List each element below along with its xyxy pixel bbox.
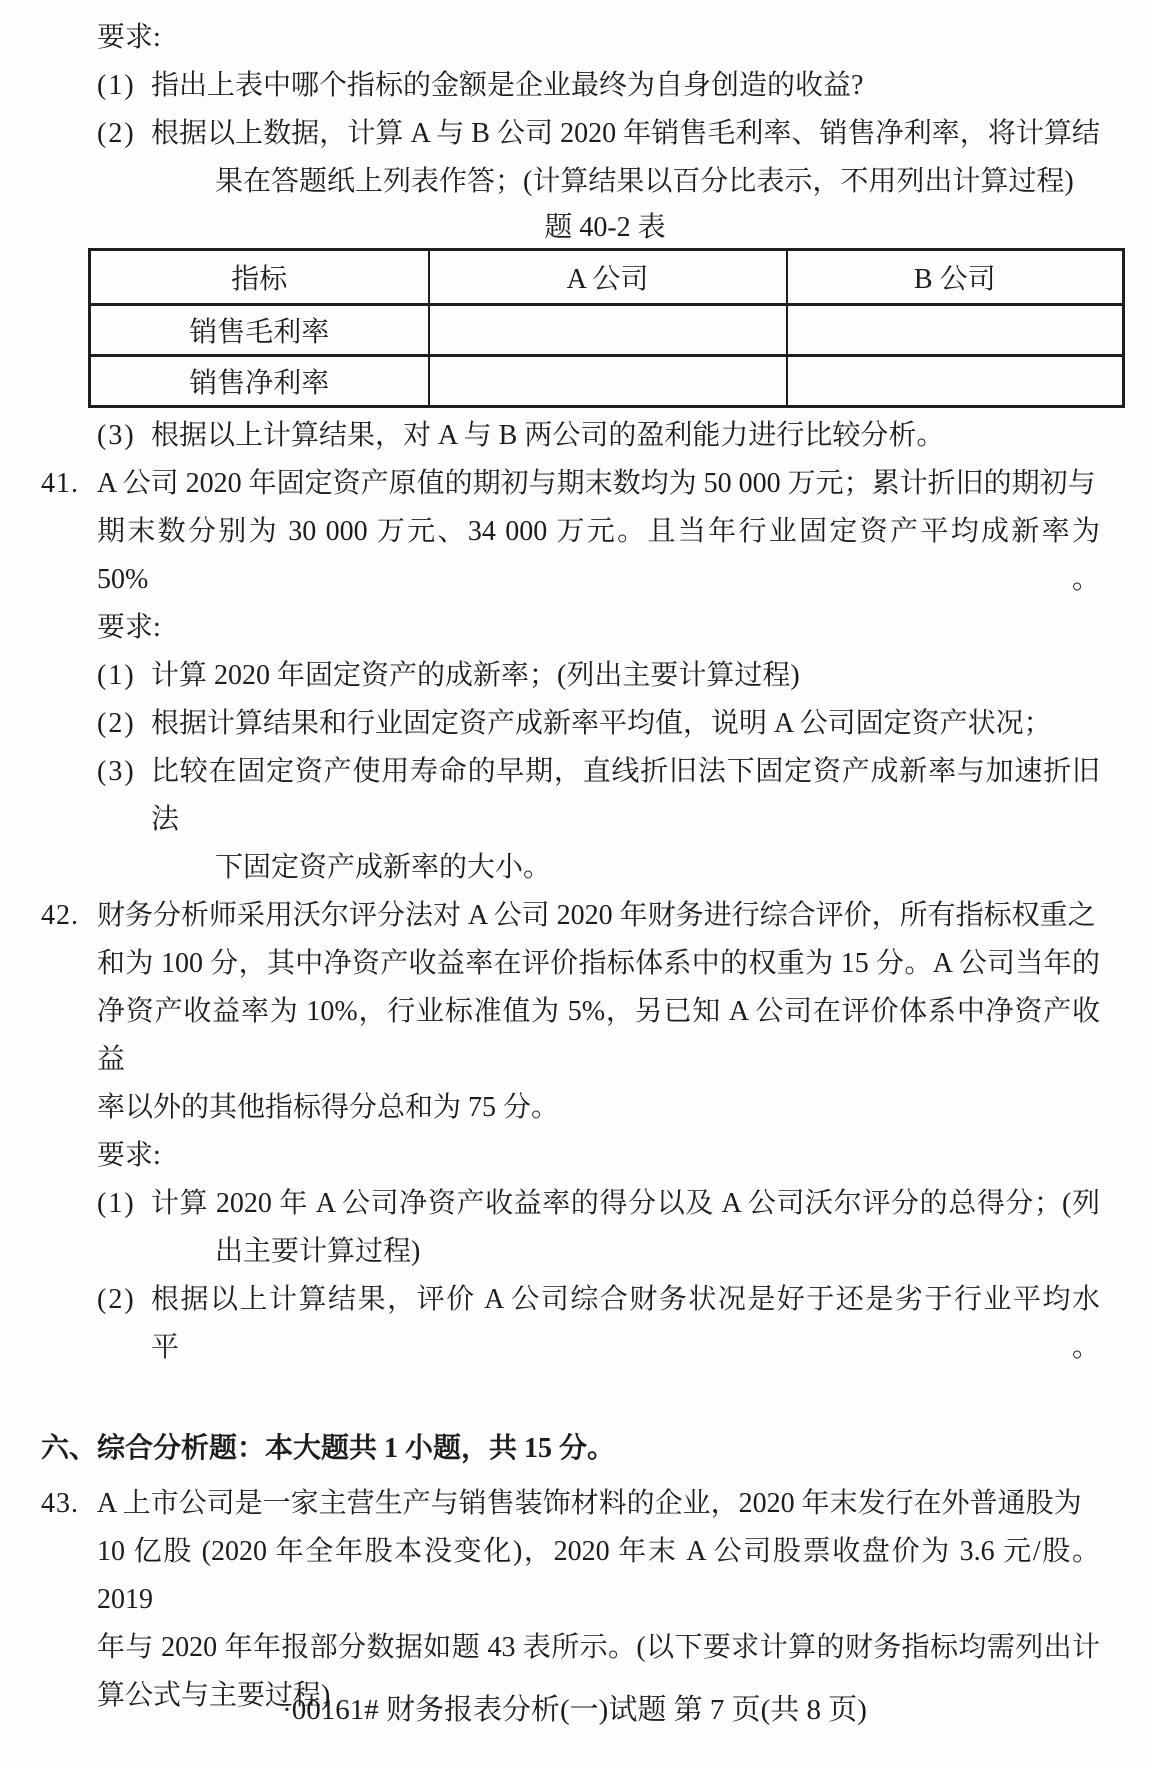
- q41-item-3: (3) 比较在固定资产使用寿命的早期，直线折旧法下固定资产成新率与加速折旧法: [41, 748, 1100, 844]
- question-number: 43.: [41, 1480, 97, 1528]
- table-title: 题 40-2 表: [88, 208, 1122, 248]
- question-text: A 公司 2020 年固定资产原值的期初与期末数均为 50 000 万元；累计折…: [97, 460, 1096, 508]
- q43-intro-line-1: 43. A 上市公司是一家主营生产与销售装饰材料的企业，2020 年末发行在外普…: [41, 1480, 1100, 1528]
- table-row: 销售净利率: [90, 356, 1124, 407]
- col-header-company-b: B 公司: [787, 250, 1124, 305]
- table-row: 销售毛利率: [90, 305, 1124, 356]
- item-number: (2): [97, 110, 151, 158]
- item-text: 根据以上数据，计算 A 与 B 公司 2020 年销售毛利率、销售净利率，将计算…: [151, 110, 1100, 158]
- item-number: (2): [97, 700, 151, 748]
- q41-item-2: (2) 根据计算结果和行业固定资产成新率平均值，说明 A 公司固定资产状况；: [41, 700, 1100, 748]
- q40-item-2-continuation: 果在答题纸上列表作答；(计算结果以百分比表示，不用列出计算过程): [41, 158, 1100, 206]
- item-text: 计算 2020 年 A 公司净资产收益率的得分以及 A 公司沃尔评分的总得分；(…: [151, 1180, 1100, 1228]
- q40-item-1: (1) 指出上表中哪个指标的金额是企业最终为自身创造的收益?: [41, 62, 1100, 110]
- question-text: 财务分析师采用沃尔评分法对 A 公司 2020 年财务进行综合评价，所有指标权重…: [97, 892, 1096, 940]
- question-number: 42.: [41, 892, 97, 940]
- q40-2-table: 指标 A 公司 B 公司 销售毛利率 销售净利率: [88, 248, 1125, 408]
- item-text: 指出上表中哪个指标的金额是企业最终为自身创造的收益?: [151, 62, 1100, 110]
- item-number: (2): [97, 1276, 151, 1372]
- q40-item-2: (2) 根据以上数据，计算 A 与 B 公司 2020 年销售毛利率、销售净利率…: [41, 110, 1100, 158]
- item-number: (1): [97, 1180, 151, 1228]
- section-6-heading: 六、综合分析题：本大题共 1 小题，共 15 分。: [41, 1425, 1100, 1473]
- q42-item-1-continuation: 出主要计算过程): [41, 1228, 1100, 1276]
- row-label-net-margin: 销售净利率: [90, 356, 429, 407]
- item-number: (3): [97, 748, 151, 844]
- q41-item-1: (1) 计算 2020 年固定资产的成新率；(列出主要计算过程): [41, 652, 1100, 700]
- row-label-gross-margin: 销售毛利率: [90, 305, 429, 356]
- item-text: 根据以上计算结果，对 A 与 B 两公司的盈利能力进行比较分析。: [151, 412, 1100, 460]
- exam-page: 要求: (1) 指出上表中哪个指标的金额是企业最终为自身创造的收益? (2) 根…: [0, 0, 1149, 1768]
- q42-item-1: (1) 计算 2020 年 A 公司净资产收益率的得分以及 A 公司沃尔评分的总…: [41, 1180, 1100, 1228]
- cell-company-a-gross-margin: [429, 305, 787, 356]
- col-header-company-a: A 公司: [429, 250, 787, 305]
- item-text: 根据以上计算结果，评价 A 公司综合财务状况是好于还是劣于行业平均水平。: [151, 1276, 1100, 1372]
- question-text: A 上市公司是一家主营生产与销售装饰材料的企业，2020 年末发行在外普通股为: [97, 1480, 1082, 1528]
- q42-intro-line-3: 净资产收益率为 10%，行业标准值为 5%，另已知 A 公司在评价体系中净资产收…: [41, 988, 1100, 1084]
- cell-company-a-net-margin: [429, 356, 787, 407]
- cell-company-b-net-margin: [787, 356, 1124, 407]
- q40-require-label: 要求:: [41, 14, 1100, 62]
- item-text: 比较在固定资产使用寿命的早期，直线折旧法下固定资产成新率与加速折旧法: [151, 748, 1100, 844]
- item-text: 根据计算结果和行业固定资产成新率平均值，说明 A 公司固定资产状况；: [151, 700, 1100, 748]
- col-header-indicator: 指标: [90, 250, 429, 305]
- q42-item-2: (2) 根据以上计算结果，评价 A 公司综合财务状况是好于还是劣于行业平均水平。: [41, 1276, 1100, 1372]
- item-number: (1): [97, 652, 151, 700]
- q41-require-label: 要求:: [41, 604, 1100, 652]
- page-footer: ·00161# 财务报表分析(一)试题 第 7 页(共 8 页): [0, 1688, 1149, 1732]
- item-number: (1): [97, 62, 151, 110]
- q41-intro-line-2: 期末数分别为 30 000 万元、34 000 万元。且当年行业固定资产平均成新…: [41, 508, 1100, 604]
- q41-intro-line-1: 41. A 公司 2020 年固定资产原值的期初与期末数均为 50 000 万元…: [41, 460, 1100, 508]
- q43-intro-line-2: 10 亿股 (2020 年全年股本没变化)，2020 年末 A 公司股票收盘价为…: [41, 1528, 1100, 1624]
- q43-intro-line-3: 年与 2020 年年报部分数据如题 43 表所示。(以下要求计算的财务指标均需列…: [41, 1624, 1100, 1672]
- q42-intro-line-2: 和为 100 分，其中净资产收益率在评价指标体系中的权重为 15 分。A 公司当…: [41, 940, 1100, 988]
- q42-intro-line-1: 42. 财务分析师采用沃尔评分法对 A 公司 2020 年财务进行综合评价，所有…: [41, 892, 1100, 940]
- cell-company-b-gross-margin: [787, 305, 1124, 356]
- q42-intro-line-4: 率以外的其他指标得分总和为 75 分。: [41, 1084, 1100, 1132]
- q40-item-3: (3) 根据以上计算结果，对 A 与 B 两公司的盈利能力进行比较分析。: [41, 412, 1100, 460]
- item-text: 计算 2020 年固定资产的成新率；(列出主要计算过程): [151, 652, 1100, 700]
- table-header-row: 指标 A 公司 B 公司: [90, 250, 1124, 305]
- question-number: 41.: [41, 460, 97, 508]
- q41-item-3-continuation: 下固定资产成新率的大小。: [41, 844, 1100, 892]
- item-number: (3): [97, 412, 151, 460]
- exam-content: 要求: (1) 指出上表中哪个指标的金额是企业最终为自身创造的收益? (2) 根…: [41, 14, 1100, 1720]
- q42-require-label: 要求:: [41, 1132, 1100, 1180]
